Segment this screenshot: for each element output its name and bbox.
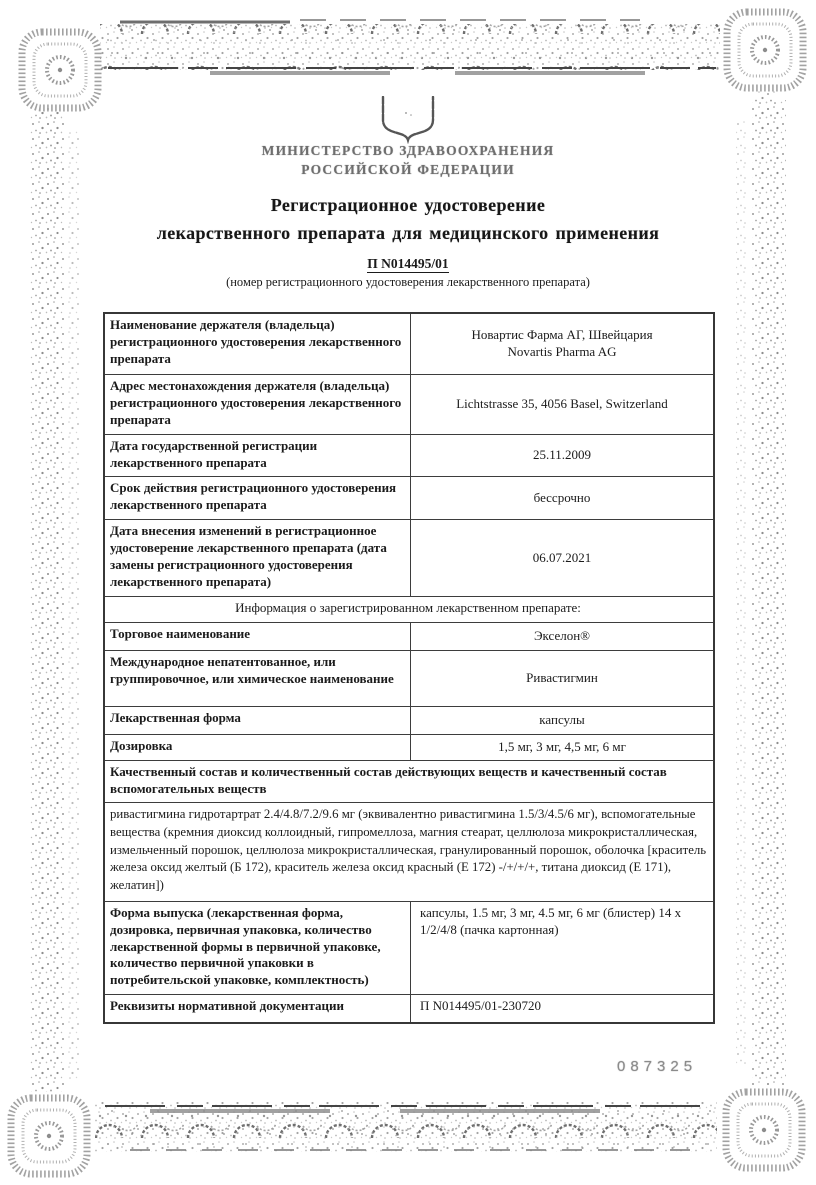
table-row-inn-name: Международное непатентованное, или групп… [105, 650, 713, 706]
table-row-release-form: Форма выпуска (лекарственная форма, дози… [105, 901, 713, 994]
registration-number-caption: (номер регистрационного удостоверения ле… [0, 275, 816, 290]
row-label: Наименование держателя (владельца) регис… [105, 314, 411, 374]
row-label: Адрес местонахождения держателя (владель… [105, 375, 411, 434]
heraldic-shield-icon [376, 96, 440, 144]
row-label: Форма выпуска (лекарственная форма, дози… [105, 902, 411, 994]
table-row-amendment-date: Дата внесения изменений в регистрационно… [105, 519, 713, 596]
row-value: капсулы, 1.5 мг, 3 мг, 4.5 мг, 6 мг (бли… [411, 902, 713, 994]
row-value: П N014495/01-230720 [411, 995, 713, 1022]
table-row-trade-name: Торговое наименование Экселон® [105, 622, 713, 650]
row-value: Экселон® [411, 623, 713, 650]
row-value: 06.07.2021 [411, 520, 713, 596]
table-row-holder-name: Наименование держателя (владельца) регис… [105, 314, 713, 374]
row-label: Международное непатентованное, или групп… [105, 651, 411, 706]
row-label: Лекарственная форма [105, 707, 411, 734]
ministry-name: МИНИСТЕРСТВО ЗДРАВООХРАНЕНИЯ РОССИЙСКОЙ … [0, 141, 816, 179]
table-section-header: Информация о зарегистрированном лекарств… [105, 596, 713, 622]
registration-details-table: Наименование держателя (владельца) регис… [103, 312, 715, 1024]
row-label: Дата внесения изменений в регистрационно… [105, 520, 411, 596]
table-composition-text: ривастигмина гидротартрат 2.4/4.8/7.2/9.… [105, 802, 713, 900]
row-value: Lichtstrasse 35, 4056 Basel, Switzerland [411, 375, 713, 434]
row-value: Ривастигмин [411, 651, 713, 706]
row-value: 1,5 мг, 3 мг, 4,5 мг, 6 мг [411, 735, 713, 760]
row-value: 25.11.2009 [411, 435, 713, 477]
registration-number: П N014495/01 [0, 256, 816, 272]
registration-certificate-page: { "header": { "ministry_line1": "МИНИСТЕ… [0, 0, 816, 1185]
table-row-holder-address: Адрес местонахождения держателя (владель… [105, 374, 713, 434]
row-label: Реквизиты нормативной документации [105, 995, 411, 1022]
row-label: Торговое наименование [105, 623, 411, 650]
ministry-line1: МИНИСТЕРСТВО ЗДРАВООХРАНЕНИЯ [0, 141, 816, 160]
row-label: Дата государственной регистрации лекарст… [105, 435, 411, 477]
table-row-normative-docs: Реквизиты нормативной документации П N01… [105, 994, 713, 1022]
ministry-line2: РОССИЙСКОЙ ФЕДЕРАЦИИ [0, 160, 816, 179]
row-value: капсулы [411, 707, 713, 734]
table-row-registration-date: Дата государственной регистрации лекарст… [105, 434, 713, 477]
title-line2: лекарственного препарата для медицинског… [0, 219, 816, 247]
table-row-dosage-form: Лекарственная форма капсулы [105, 706, 713, 734]
row-label: Дозировка [105, 735, 411, 760]
table-row-dosage: Дозировка 1,5 мг, 3 мг, 4,5 мг, 6 мг [105, 734, 713, 760]
serial-number-stamp: 087325 [617, 1058, 697, 1075]
title-line1: Регистрационное удостоверение [0, 191, 816, 219]
row-value: бессрочно [411, 477, 713, 519]
table-row-validity-period: Срок действия регистрационного удостовер… [105, 476, 713, 519]
row-value: Новартис Фарма АГ, Швейцария Novartis Ph… [411, 314, 713, 374]
row-label: Срок действия регистрационного удостовер… [105, 477, 411, 519]
document-title: Регистрационное удостоверение лекарствен… [0, 191, 816, 247]
table-composition-header: Качественный состав и количественный сос… [105, 760, 713, 803]
